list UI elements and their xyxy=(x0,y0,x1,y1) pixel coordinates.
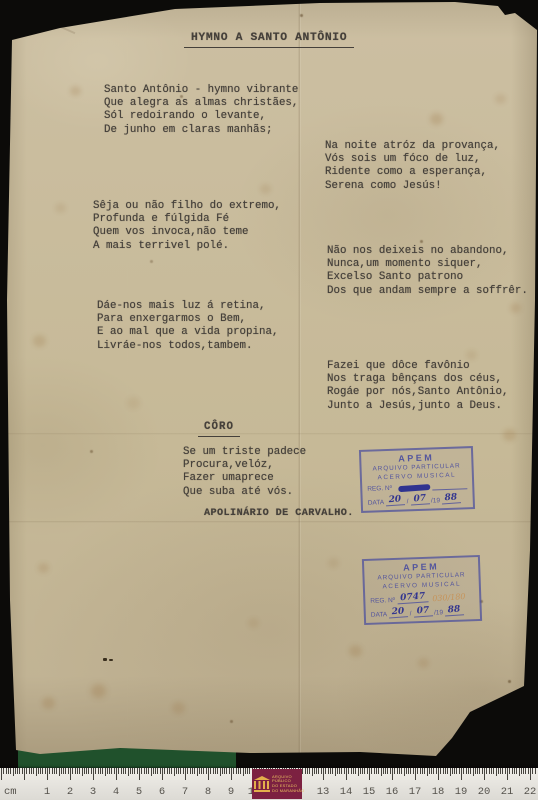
pencil-mark xyxy=(103,658,115,662)
coro-heading: CÔRO xyxy=(198,421,240,437)
handwritten-day: 20 xyxy=(386,495,405,506)
handwritten-year: 88 xyxy=(442,493,461,504)
stanza-1: Santo Antônio - hymno vibranteQue alegra… xyxy=(104,84,298,137)
archive-stamp-1: APEM ARQUIVO PARTICULAR ACERVO MUSICAL R… xyxy=(359,446,475,513)
ruler-number: 21 xyxy=(501,786,514,798)
handwritten-year: 88 xyxy=(445,605,464,616)
ruler-number: 6 xyxy=(159,786,165,798)
faded-reg-note: 030/180 xyxy=(432,593,466,603)
ruler-number: 19 xyxy=(455,786,468,798)
stamp-date-row: DATA 20 / 07 /19 88 xyxy=(371,605,475,619)
handwritten-month: 07 xyxy=(413,606,432,617)
foxing-stains xyxy=(0,0,7,6)
ruler-number: 13 xyxy=(317,786,330,798)
ink-specks xyxy=(0,0,3,3)
stamp-reg-row: REG. Nº xyxy=(367,482,467,492)
ruler-number: 2 xyxy=(67,786,73,798)
ruler-number: 17 xyxy=(409,786,422,798)
document-page: HYMNO A SANTO ANTÔNIO Santo Antônio - hy… xyxy=(0,0,538,768)
ruler-number: 7 xyxy=(182,786,188,798)
author-name: APOLINÁRIO DE CARVALHO. xyxy=(204,507,354,520)
ruler-number: 3 xyxy=(90,786,96,798)
ruler: cm 1234567891013141516171819202122 ARQUI… xyxy=(0,768,538,800)
ruler-number: 22 xyxy=(524,786,537,798)
corner-crease xyxy=(11,4,76,34)
archive-logo-text: ARQUIVO PÚBLICO DO ESTADO DO MARANHÃO xyxy=(272,775,304,793)
handwritten-day: 20 xyxy=(389,607,408,618)
ruler-number: 4 xyxy=(113,786,119,798)
photo-background: HYMNO A SANTO ANTÔNIO Santo Antônio - hy… xyxy=(0,0,538,800)
horizontal-crease xyxy=(0,521,538,523)
archive-stamp-2: APEM ARQUIVO PARTICULAR ACERVO MUSICAL R… xyxy=(362,555,482,625)
ruler-unit-label: cm xyxy=(4,786,17,798)
stamp-date-row: DATA 20 / 07 /19 88 xyxy=(368,493,468,506)
ink-scribble xyxy=(398,484,430,492)
ruler-number: 1 xyxy=(44,786,50,798)
stamp-reg-row: REG. Nº 0747 030/180 xyxy=(370,591,474,605)
ruler-number: 14 xyxy=(340,786,353,798)
ruler-number: 9 xyxy=(228,786,234,798)
document-title: HYMNO A SANTO ANTÔNIO xyxy=(184,32,354,48)
coro-stanza: Se um triste padeceProcura,velóz,Fazer u… xyxy=(183,446,306,499)
stanza-3: Sêja ou não filho do extremo,Profunda e … xyxy=(93,200,281,253)
stamp-line: ACERVO MUSICAL xyxy=(367,471,467,481)
stanza-2: Na noite atróz da provança,Vós sois um f… xyxy=(325,140,500,193)
stamp-line: ACERVO MUSICAL xyxy=(370,580,474,591)
horizontal-crease xyxy=(0,433,538,435)
stanza-6: Fazei que dôce favônioNos traga bênçans … xyxy=(327,360,508,413)
archive-logo: ARQUIVO PÚBLICO DO ESTADO DO MARANHÃO xyxy=(252,769,302,799)
vertical-crease xyxy=(298,0,301,768)
ruler-number: 16 xyxy=(386,786,399,798)
building-icon xyxy=(254,776,270,793)
stanza-5: Dáe-nos mais luz á retina,Para enxergarm… xyxy=(97,300,278,353)
handwritten-month: 07 xyxy=(410,494,429,505)
stanza-4: Não nos deixeis no abandono,Nunca,um mom… xyxy=(327,245,528,298)
ruler-number: 20 xyxy=(478,786,491,798)
ruler-number: 5 xyxy=(136,786,142,798)
ruler-number: 18 xyxy=(432,786,445,798)
handwritten-reg-number: 0747 xyxy=(397,592,429,604)
ruler-number: 15 xyxy=(363,786,376,798)
ruler-number: 8 xyxy=(205,786,211,798)
